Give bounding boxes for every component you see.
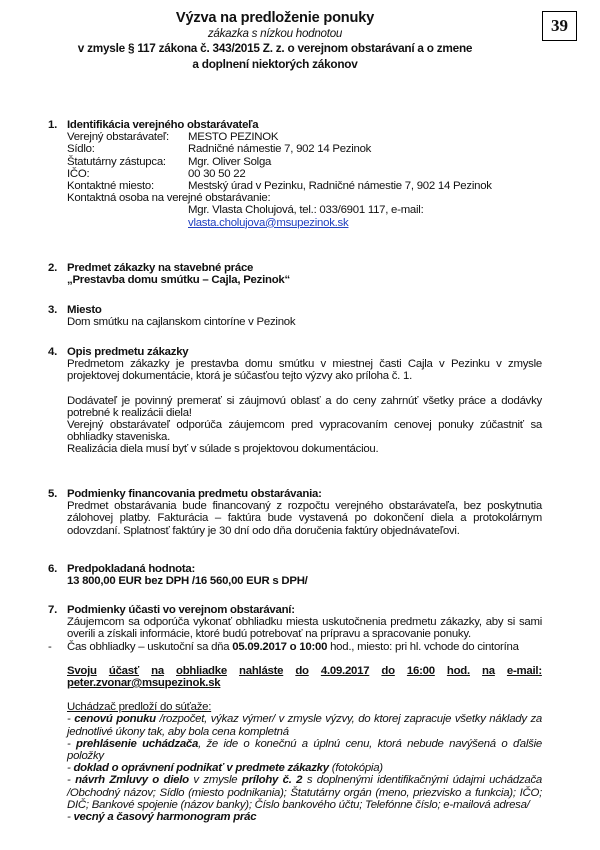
section-estimated-value: 6. Predpokladaná hodnota: 13 800,00 EUR … [48, 563, 542, 587]
description-paragraph: Predmetom zákazky je prestavba domu smút… [67, 358, 542, 382]
project-name: „Prestavba domu smútku – Cajla, Pezinok“ [67, 274, 542, 286]
submission-item-schedule: - vecný a časový harmonogram prác [67, 811, 542, 823]
info-row-contact-place: Kontaktné miesto: Mestský úrad v Pezinku… [67, 180, 542, 192]
info-value: Mestský úrad v Pezinku, Radničné námesti… [188, 180, 492, 192]
location-text: Dom smútku na cajlanskom cintoríne v Pez… [67, 316, 542, 328]
section-title: Podmienky účasti vo verejnom obstarávaní… [67, 604, 542, 616]
item-text: v zmysle [189, 774, 242, 786]
info-label: Štatutárny zástupca: [67, 156, 188, 168]
page-number-box: 39 [542, 11, 577, 41]
notice-word: účasť [109, 665, 139, 677]
info-row-seat: Sídlo: Radničné námestie 7, 902 14 Pezin… [67, 143, 542, 155]
description-paragraph: Verejný obstarávateľ odporúča záujemcom … [67, 419, 542, 443]
notice-word: e-mail: [507, 665, 542, 677]
section-financing: 5. Podmienky financovania predmetu obsta… [48, 488, 542, 537]
submission-item-business-license: - doklad o oprávnení podnikať v predmete… [67, 762, 542, 774]
item-bold: návrh Zmluvy o dielo [75, 774, 189, 786]
document-title: Výzva na predloženie ponuky [60, 9, 490, 27]
section-number: 6. [48, 563, 66, 575]
info-label: IČO: [67, 168, 188, 180]
notice-word: na [482, 665, 495, 677]
section-number: 2. [48, 262, 66, 274]
section-title: Podmienky financovania predmetu obstaráv… [67, 488, 542, 500]
registration-notice-line: Svojuúčasťnaobhliadkenahlástedo4.09.2017… [67, 665, 542, 677]
section-description: 4. Opis predmetu zákazky Predmetom zákaz… [48, 346, 542, 456]
bullet-dash: - [48, 641, 52, 653]
section-participation: 7. Podmienky účasti vo verejnom obstaráv… [48, 604, 542, 823]
section-number: 5. [48, 488, 66, 500]
notice-word: do [295, 665, 308, 677]
section-title: Opis predmetu zákazky [67, 346, 542, 358]
section-title: Predmet zákazky na stavebné práce [67, 262, 542, 274]
contact-person-label: Kontaktná osoba na verejné obstarávanie: [67, 192, 542, 204]
info-value: Radničné námestie 7, 902 14 Pezinok [188, 143, 371, 155]
registration-notice: Svojuúčasťnaobhliadkenahlástedo4.09.2017… [67, 665, 542, 689]
submission-item-declaration: - prehlásenie uchádzača, že ide o konečn… [67, 738, 542, 762]
info-label: Kontaktné miesto: [67, 180, 188, 192]
contact-person: Mgr. Vlasta Cholujová, tel.: 033/6901 11… [188, 204, 542, 216]
section-number: 4. [48, 346, 66, 358]
document-subtitle: zákazka s nízkou hodnotou [60, 27, 490, 41]
site-visit-line: - Čas obhliadky – uskutoční sa dňa 05.09… [67, 641, 542, 653]
info-value: 00 30 50 22 [188, 168, 245, 180]
info-row-ico: IČO: 00 30 50 22 [67, 168, 542, 180]
estimated-value: 13 800,00 EUR bez DPH /16 560,00 EUR s D… [67, 575, 542, 587]
info-row-contracting-authority: Verejný obstarávateľ: MESTO PEZINOK [67, 131, 542, 143]
section-number: 3. [48, 304, 66, 316]
description-paragraph: Dodávateľ je povinný premerať si záujmov… [67, 395, 542, 419]
item-bold: prílohy č. 2 [242, 774, 302, 786]
section-subject: 2. Predmet zákazky na stavebné práce „Pr… [48, 262, 542, 286]
notice-word: na [151, 665, 164, 677]
notice-word: nahláste [239, 665, 283, 677]
submission-item-price-offer: - cenovú ponuku /rozpočet, výkaz výmer/ … [67, 713, 542, 737]
site-visit-date: 05.09.2017 o 10:00 [232, 641, 327, 653]
law-reference-line-1: v zmysle § 117 zákona č. 343/2015 Z. z. … [60, 41, 490, 57]
participation-text: Záujemcom sa odporúča vykonať obhliadku … [67, 616, 542, 640]
law-reference-line-2: a doplnení niektorých zákonov [60, 57, 490, 73]
notice-word: hod. [447, 665, 470, 677]
section-title: Identifikácia verejného obstarávateľa [67, 119, 542, 131]
info-row-representative: Štatutárny zástupca: Mgr. Oliver Solga [67, 156, 542, 168]
section-identification: 1. Identifikácia verejného obstarávateľa… [48, 119, 542, 229]
info-value: MESTO PEZINOK [188, 131, 278, 143]
item-bold: doklad o oprávnení podnikať v predmete z… [73, 762, 328, 774]
notice-word: obhliadke [176, 665, 227, 677]
document-header: Výzva na predloženie ponuky zákazka s ní… [60, 9, 490, 72]
notice-word: 16:00 [407, 665, 435, 677]
financing-text: Predmet obstarávania bude financovaný z … [67, 500, 542, 537]
info-value: Mgr. Oliver Solga [188, 156, 271, 168]
info-label: Sídlo: [67, 143, 188, 155]
registration-email-link[interactable]: peter.zvonar@msupezinok.sk [67, 677, 220, 689]
site-visit-place: hod., miesto: pri hl. vchode do cintorín… [327, 641, 518, 653]
section-number: 7. [48, 604, 66, 616]
section-title: Miesto [67, 304, 542, 316]
description-paragraph: Realizácia diela musí byť v súlade s pro… [67, 443, 542, 455]
section-number: 1. [48, 119, 66, 131]
notice-word: do [381, 665, 394, 677]
notice-word: 4.09.2017 [321, 665, 369, 677]
info-label: Verejný obstarávateľ: [67, 131, 188, 143]
submission-item-contract-draft: - návrh Zmluvy o dielo v zmysle prílohy … [67, 774, 542, 811]
submission-heading: Uchádzač predloží do súťaže: [67, 701, 542, 713]
item-bold: vecný a časový harmonogram prác [73, 811, 256, 823]
site-visit-text: Čas obhliadky – uskutoční sa dňa [67, 641, 232, 653]
item-text: (fotokópia) [329, 762, 383, 774]
section-location: 3. Miesto Dom smútku na cajlanskom cinto… [48, 304, 542, 328]
notice-word: Svoju [67, 665, 97, 677]
contact-email-link[interactable]: vlasta.cholujova@msupezinok.sk [188, 217, 348, 229]
item-bold: cenovú ponuku [74, 713, 156, 725]
item-bold: prehlásenie uchádzača [76, 738, 198, 750]
section-title: Predpokladaná hodnota: [67, 563, 542, 575]
submission-list: - cenovú ponuku /rozpočet, výkaz výmer/ … [67, 713, 542, 823]
